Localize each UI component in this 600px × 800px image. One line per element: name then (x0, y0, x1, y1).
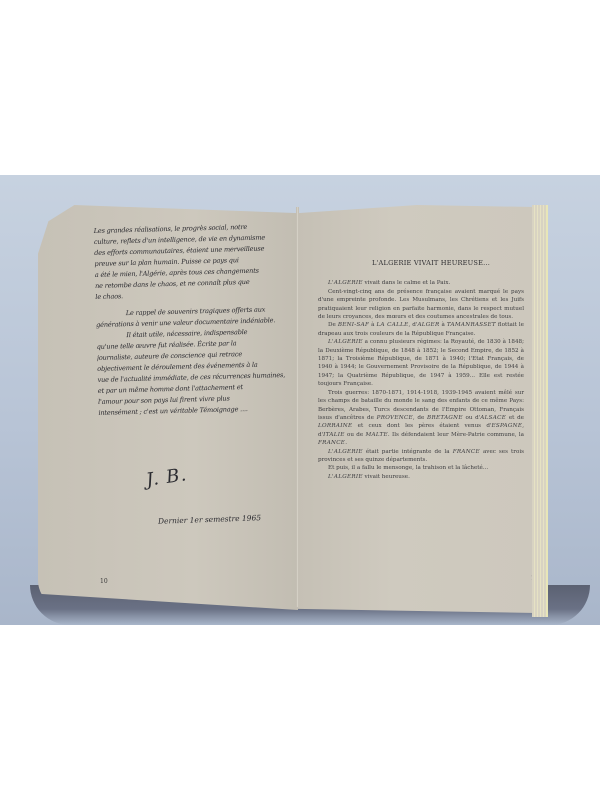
paragraph: L'ALGERIE a connu plusieurs régimes: la … (318, 338, 524, 388)
page-number-left: 10 (100, 578, 108, 585)
paragraph: L'ALGERIE vivait dans le calme et la Pai… (318, 279, 524, 287)
paragraph: De BENI-SAF à LA CALLE, d'ALGER à TAMANR… (318, 321, 524, 338)
signature: J. B. (145, 464, 189, 491)
left-page: Les grandes réalisations, le progrès soc… (38, 205, 298, 610)
printed-paragraphs: L'ALGERIE vivait dans le calme et la Pai… (318, 279, 524, 481)
handwritten-date: Dernier 1er semestre 1965 (158, 513, 261, 526)
chapter-title: L'ALGERIE VIVAIT HEUREUSE... (338, 259, 524, 267)
paragraph: L'ALGERIE était partie intégrante de la … (318, 448, 524, 465)
printed-text: L'ALGERIE VIVAIT HEUREUSE... L'ALGERIE v… (318, 259, 524, 481)
paragraph: Et puis, il a fallu le mensonge, la trah… (318, 464, 524, 472)
paragraph: L'ALGERIE vivait heureuse. (318, 473, 524, 481)
paragraph: Cent-vingt-cinq ans de présence français… (318, 288, 524, 322)
handwritten-dedication: Les grandes réalisations, le progrès soc… (94, 220, 324, 419)
book-photo: Les grandes réalisations, le progrès soc… (0, 175, 600, 625)
page-edges (532, 205, 548, 617)
paragraph: Trois guerres: 1870-1871, 1914-1918, 193… (318, 389, 524, 448)
